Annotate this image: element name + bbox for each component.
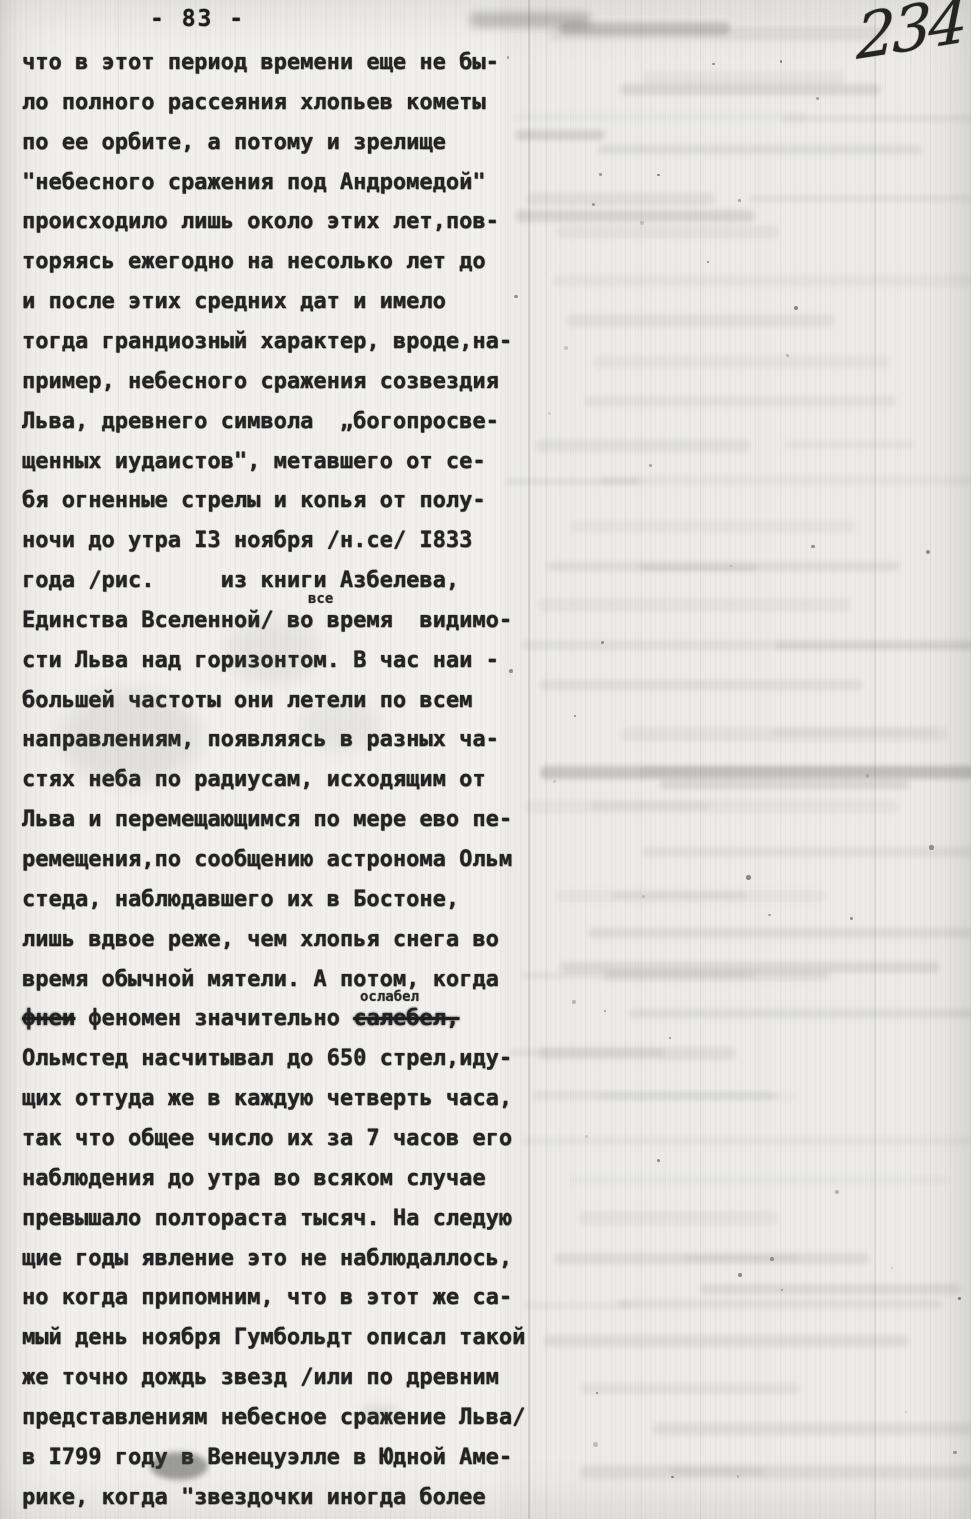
- scan-speck: [657, 174, 659, 176]
- text-segment: так что общее число их за 7 часов его: [22, 1126, 512, 1151]
- text-line: сти Льва над горизонтом. В час наи -: [22, 648, 499, 673]
- text-segment: и после этих средних дат и имело: [22, 289, 446, 314]
- scan-speck: [574, 715, 576, 717]
- bleed-through-band: [571, 1176, 948, 1184]
- text-line: ночи до утра I3 ноября /н.се/ I833: [22, 528, 472, 553]
- text-segment: бя огненные стрелы и копья от полу-: [22, 488, 486, 513]
- text-line: превышало полтораста тысяч. На следую: [22, 1206, 512, 1231]
- handwritten-folio-number: 234: [856, 0, 965, 74]
- text-segment: щенных иудаистов", метавшего от се-: [22, 449, 486, 474]
- scan-streak: [758, 0, 759, 1519]
- scan-speck: [737, 1475, 740, 1478]
- text-line: щих оттуда же в каждую четверть часа,: [22, 1086, 512, 1111]
- bleed-through-band: [567, 314, 834, 327]
- text-line: щенных иудаистов", метавшего от се-: [22, 449, 486, 474]
- text-line: пример, небесного сражения созвездия: [22, 369, 499, 394]
- scan-speck: [564, 346, 567, 349]
- scanned-typewritten-page: - 83 - 234 что в этот период времени еще…: [0, 0, 971, 1519]
- scan-speck: [730, 565, 732, 567]
- text-segment: мый день ноября Гумбольдт описал такой: [22, 1325, 525, 1350]
- text-segment: щих оттуда же в каждую четверть часа,: [22, 1086, 512, 1111]
- text-segment: ло полного рассеяния хлопьев кометы: [22, 90, 486, 115]
- struck-out-word: фнеи: [22, 1006, 75, 1031]
- scan-speck: [953, 1451, 957, 1455]
- scan-speck: [601, 641, 604, 644]
- bleed-through-band: [603, 970, 830, 982]
- bleed-through-band: [535, 439, 750, 452]
- text-line: наблюдения до утра во всяком случае: [22, 1166, 486, 1191]
- bleed-through-band: [555, 890, 825, 902]
- bleed-through-band: [642, 71, 844, 85]
- bleed-through-band: [629, 1009, 971, 1018]
- text-segment: что в этот период времени еще не бы-: [22, 50, 499, 75]
- text-segment: представлениям небесное сражение Льва/: [22, 1405, 525, 1430]
- scan-speck: [649, 464, 651, 466]
- text-segment: Льва, древнего символа „богопросве-: [22, 409, 499, 434]
- bleed-through-band: [598, 1093, 793, 1100]
- text-line: что в этот период времени еще не бы-: [22, 50, 499, 75]
- text-segment: же точно дождь звезд /или по древним: [22, 1365, 499, 1390]
- scan-speck: [786, 354, 789, 357]
- text-segment: феномен значительно: [75, 1006, 353, 1031]
- text-line: так что общее число их за 7 часов его: [22, 1126, 512, 1151]
- bleed-through-band: [640, 564, 758, 571]
- text-line: но когда припомним, что в этот же са-: [22, 1285, 512, 1310]
- text-segment: рике, когда "звездочки иногда более: [22, 1485, 486, 1510]
- scan-speck: [781, 1289, 783, 1291]
- text-line: ло полного рассеяния хлопьев кометы: [22, 90, 486, 115]
- bleed-through-band: [540, 766, 971, 779]
- scan-speck: [958, 1297, 961, 1300]
- text-line: в I799 году в Венецуэлле в Юдной Аме-: [22, 1445, 512, 1470]
- bleed-through-band: [588, 928, 971, 939]
- text-segment: Льва и перемещающимся по мере ево пе-: [22, 807, 512, 832]
- bleed-through-band: [560, 962, 940, 973]
- text-line: представлениям небесное сражение Льва/: [22, 1405, 525, 1430]
- text-segment: торяясь ежегодно на несолько лет до: [22, 249, 486, 274]
- typewritten-text-block: что в этот период времени еще не бы-ло п…: [22, 50, 562, 1510]
- scan-speck: [768, 914, 770, 916]
- text-segment: сти Льва над горизонтом. В час наи -: [22, 648, 499, 673]
- bleed-through-band: [581, 1383, 799, 1395]
- typed-correction-above-line: все: [308, 591, 333, 607]
- text-segment: большей частоты они летели по всем: [22, 688, 472, 713]
- text-line: бя огненные стрелы и копья от полу-: [22, 488, 486, 513]
- scan-speck: [816, 97, 820, 101]
- scan-speck: [891, 1267, 893, 1269]
- scan-speck: [770, 1257, 774, 1261]
- scan-speck: [780, 60, 782, 62]
- text-line: по ее орбите, а потому и зрелище: [22, 130, 446, 155]
- text-line: стях неба по радиусам, исходящим от: [22, 767, 486, 792]
- text-segment: "небесного сражения под Андромедой": [22, 170, 486, 195]
- text-line: Ольмстед насчитывал до 650 стрел,иду-: [22, 1046, 512, 1071]
- text-segment: по ее орбите, а потому и зрелище: [22, 130, 446, 155]
- scan-speck: [572, 1000, 576, 1004]
- text-segment: ремещения,по сообщению астронома Ольм: [22, 847, 512, 872]
- text-line: и после этих средних дат и имело: [22, 289, 446, 314]
- text-line: года /рис. из книги Азбелева,: [22, 568, 459, 593]
- text-line: большей частоты они летели по всем: [22, 688, 472, 713]
- scan-speck: [599, 173, 601, 175]
- text-segment: года /рис. из книги Азбелева,: [22, 568, 459, 593]
- text-segment: лишь вдвое реже, чем хлопья снега во: [22, 927, 499, 952]
- bleed-through-band: [700, 1284, 960, 1294]
- bleed-through-band: [750, 195, 971, 202]
- text-segment: направлениям, появляясь в разных ча-: [22, 727, 499, 752]
- text-line: время обычной мятели. А потом, когда: [22, 967, 499, 992]
- scan-speck: [926, 550, 930, 554]
- page-number: - 83 -: [150, 6, 245, 32]
- bleed-through-band: [772, 729, 936, 736]
- scan-speck: [642, 895, 645, 898]
- bleed-through-band: [521, 640, 971, 650]
- bleed-through-band: [570, 521, 856, 532]
- bleed-through-band: [538, 598, 850, 611]
- bleed-through-band: [470, 12, 590, 28]
- bleed-through-band: [538, 1047, 737, 1060]
- scan-speck: [850, 917, 853, 920]
- bleed-through-band: [539, 680, 863, 690]
- bleed-through-band: [550, 27, 887, 41]
- bleed-through-band: [620, 84, 880, 95]
- bleed-through-band: [622, 727, 948, 740]
- text-segment: пример, небесного сражения созвездия: [22, 369, 499, 394]
- scan-streak: [641, 0, 642, 1519]
- text-segment: время обычной мятели. А потом, когда: [22, 967, 499, 992]
- text-line: фнеи феномен значительно салебел,ослабел: [22, 1006, 459, 1031]
- text-line: щие годы явление это не наблюдаллось,: [22, 1246, 512, 1271]
- bleed-through-band: [556, 226, 780, 238]
- scan-speck: [596, 1392, 598, 1394]
- text-segment: но когда припомним, что в этот же са-: [22, 1285, 512, 1310]
- scan-speck: [738, 199, 741, 202]
- scan-speck: [707, 261, 709, 263]
- scan-speck: [671, 1476, 673, 1478]
- bleed-through-band: [782, 115, 971, 122]
- scan-streak: [700, 0, 701, 1519]
- bleed-through-band: [653, 1423, 971, 1435]
- text-segment: превышало полтораста тысяч. На следую: [22, 1206, 512, 1231]
- bleed-through-band: [669, 1467, 765, 1474]
- bleed-through-band: [525, 800, 897, 813]
- bleed-through-band: [775, 642, 971, 649]
- text-line: стеда, наблюдавшего их в Бостоне,: [22, 887, 459, 912]
- bleed-through-band: [643, 847, 971, 856]
- text-line: лишь вдвое реже, чем хлопья снега во: [22, 927, 499, 952]
- scan-speck: [669, 1037, 671, 1039]
- scan-speck: [604, 1010, 606, 1012]
- text-line: торяясь ежегодно на несолько лет до: [22, 249, 486, 274]
- scan-speck: [593, 1442, 597, 1446]
- page-right-tint: [500, 0, 971, 1519]
- text-segment: наблюдения до утра во всяком случае: [22, 1166, 486, 1191]
- text-line: направлениям, появляясь в разных ча-: [22, 727, 499, 752]
- typed-correction-above-line: ослабел: [360, 989, 419, 1005]
- text-line: мый день ноября Гумбольдт описал такой: [22, 1325, 525, 1350]
- text-segment: происходило лишь около этих лет,пов-: [22, 209, 499, 234]
- bleed-through-band: [584, 396, 896, 406]
- text-segment: тогда грандиозный характер, вроде,на-: [22, 329, 512, 354]
- scan-speck: [811, 545, 815, 549]
- bleed-through-band: [544, 1335, 909, 1346]
- struck-out-word: салебел,: [353, 1006, 459, 1031]
- bleed-through-band: [660, 780, 910, 789]
- text-line: происходило лишь около этих лет,пов-: [22, 209, 499, 234]
- text-segment: щие годы явление это не наблюдаллось,: [22, 1246, 512, 1271]
- scan-speck: [746, 875, 750, 879]
- scan-speck: [592, 203, 595, 206]
- bleed-through-band: [600, 476, 971, 485]
- text-segment: стях неба по радиусам, исходящим от: [22, 767, 486, 792]
- text-line: тогда грандиозный характер, вроде,на-: [22, 329, 512, 354]
- bleed-through-band: [532, 1091, 776, 1100]
- scan-speck: [657, 1159, 660, 1162]
- bleed-through-band: [640, 766, 971, 775]
- text-line: Льва, древнего символа „богопросве-: [22, 409, 499, 434]
- bleed-through-band: [785, 441, 915, 448]
- bleed-through-band: [554, 1253, 869, 1264]
- text-line: Единства Вселенной/ во время видимо-все: [22, 608, 512, 633]
- bleed-through-band: [612, 892, 746, 899]
- scan-speck: [835, 1190, 839, 1194]
- bleed-through-band: [684, 1255, 799, 1262]
- bleed-through-band: [552, 275, 971, 286]
- scan-speck: [929, 845, 933, 849]
- scan-speck: [905, 1411, 907, 1413]
- text-segment: Единства Вселенной/ во время видимо-: [22, 608, 512, 633]
- text-segment: стеда, наблюдавшего их в Бостоне,: [22, 887, 459, 912]
- bleed-through-band: [579, 1211, 777, 1225]
- text-segment: Ольмстед насчитывал до 650 стрел,иду-: [22, 1046, 512, 1071]
- bleed-through-band: [618, 1300, 942, 1309]
- text-line: же точно дождь звезд /или по древним: [22, 1365, 499, 1390]
- scan-speck: [866, 774, 869, 777]
- text-segment: в I799 году в Венецуэлле в Юдной Аме-: [22, 1445, 512, 1470]
- bleed-through-band: [598, 145, 922, 154]
- bleed-through-band: [593, 356, 889, 367]
- text-line: рике, когда "звездочки иногда более: [22, 1485, 486, 1510]
- scan-speck: [794, 306, 798, 310]
- bleed-through-band: [591, 802, 711, 809]
- text-segment: ночи до утра I3 ноября /н.се/ I833: [22, 528, 472, 553]
- bleed-through-band: [580, 1465, 971, 1479]
- text-line: Льва и перемещающимся по мере ево пе-: [22, 807, 512, 832]
- bleed-through-band: [547, 562, 899, 570]
- scan-speck: [738, 1273, 742, 1277]
- scan-speck: [585, 1135, 588, 1138]
- bleed-through-band: [521, 1137, 971, 1146]
- scan-speck: [712, 63, 714, 65]
- scan-speck: [640, 221, 644, 225]
- scan-streak: [930, 0, 931, 1519]
- bleed-through-band: [560, 22, 730, 35]
- text-line: "небесного сражения под Андромедой": [22, 170, 486, 195]
- text-line: ремещения,по сообщению астронома Ольм: [22, 847, 512, 872]
- scan-streak: [874, 0, 876, 1519]
